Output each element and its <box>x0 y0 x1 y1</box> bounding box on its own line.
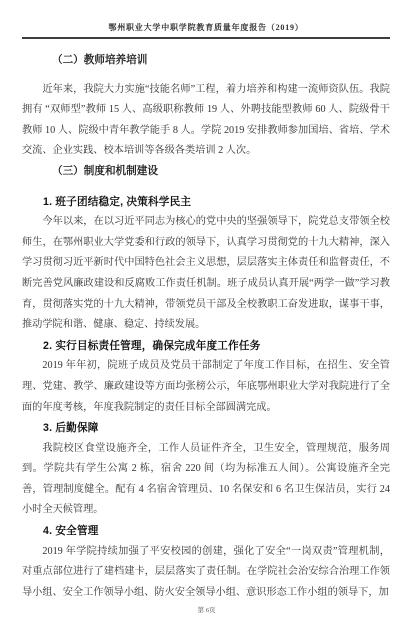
document-page: 鄂州职业大学中职学院教育质量年度报告（2019） （二）教师培养培训 近年来，我… <box>0 0 413 625</box>
page-number: 第 6页 <box>198 607 216 614</box>
section-heading-system-mechanism: （三）制度和机制建设 <box>22 162 390 183</box>
page-footer: 第 6页 <box>0 605 413 614</box>
paragraph: 我院校区食堂设施齐全，工作人员证件齐全，卫生安全，管理规范，服务周到。学院共有学… <box>22 439 390 521</box>
page-header: 鄂州职业大学中职学院教育质量年度报告（2019） <box>22 0 390 39</box>
paragraph: 今年以来，在以习近平同志为核心的党中央的坚强领导下，院党总支带领全校师生，在鄂州… <box>22 212 390 336</box>
sub-heading-safety-management: 4. 安全管理 <box>22 521 390 542</box>
sub-heading-leadership: 1. 班子团结稳定, 决策科学民主 <box>22 192 390 213</box>
section-heading-teacher-training: （二）教师培养培训 <box>22 51 390 72</box>
sub-heading-logistics: 3. 后勤保障 <box>22 418 390 439</box>
sub-heading-target-responsibility: 2. 实行目标责任管理，确保完成年度工作任务 <box>22 336 390 357</box>
header-title: 鄂州职业大学中职学院教育质量年度报告（2019） <box>22 22 390 33</box>
paragraph: 近年来，我院大力实施“技能名师”工程，着力培养和构建一流师资队伍。我院拥有 “双… <box>22 80 390 162</box>
paragraph: 2019 年学院持续加强了平安校园的创建，强化了安全“一岗双责”管理机制，对重点… <box>22 542 390 604</box>
document-body: （二）教师培养培训 近年来，我院大力实施“技能名师”工程，着力培养和构建一流师资… <box>22 51 390 603</box>
paragraph: 2019 年年初，院班子成员及党员干部制定了年度工作目标，在招生、安全管理、党建… <box>22 356 390 418</box>
